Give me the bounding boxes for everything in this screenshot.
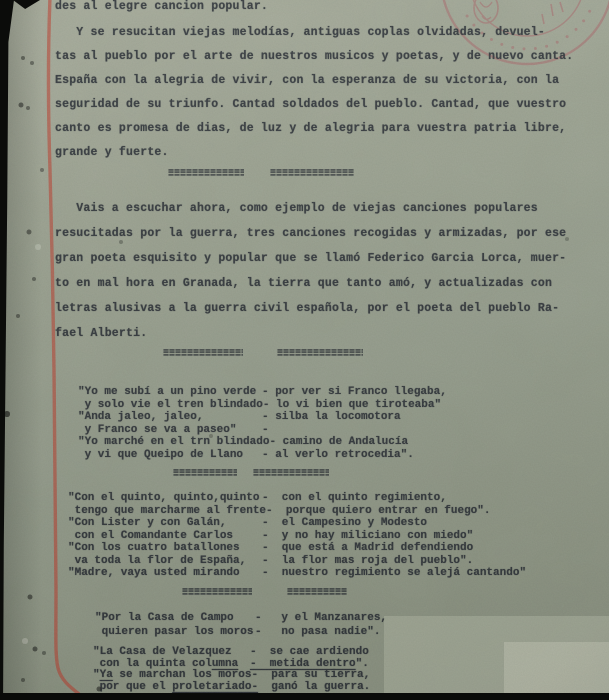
divider-segment: ======================================== — [168, 169, 244, 178]
verse-col-left: "Madre, vaya usted mirando — [68, 567, 262, 580]
verse-col-right: - silba la locomotora — [262, 411, 401, 424]
verse-row: con el Comandante Carlos- y no hay milic… — [68, 530, 526, 543]
verse-col-right: - y el Manzanares, — [255, 612, 387, 626]
verse-col-right: - que está a Madrid defendiendo — [262, 542, 473, 555]
verse-block: "Con el quinto, quinto,quinto- con el qu… — [68, 492, 526, 580]
verse-col-right: - no pasa nadie". — [255, 626, 380, 640]
paragraph: Vais a escuchar ahora, como ejemplo de v… — [55, 196, 566, 346]
divider-segment: ======================================== — [277, 349, 363, 358]
text-line: España con la alegria de vivir, con la e… — [55, 69, 573, 93]
verse-col-right: - nuestro regimiento se alejá cantando" — [262, 567, 526, 580]
text-line: fael Alberti. — [55, 321, 566, 346]
text-line: tas al pueblo por el arte de nuestros mu… — [55, 45, 573, 69]
verse-col-right: - por ver si Franco llegaba, — [262, 386, 447, 399]
paragraph: Y se resucitan viejas melodías, antiguas… — [55, 21, 573, 165]
verse-row: quieren pasar los moros- no pasa nadie". — [95, 626, 387, 640]
verse-col-right: - camino de Andalucía — [269, 436, 408, 449]
verse-row: y vi que Queipo de Llano- al verlo retro… — [78, 449, 447, 462]
verse-row: "Con el quinto, quinto,quinto- con el qu… — [68, 492, 526, 505]
verse-block: "Por la Casa de Campo- y el Manzanares, … — [95, 612, 387, 639]
verse-col-right: - lo vi bien que tiroteaba" — [263, 399, 441, 412]
text-line: grande y fuerte. — [55, 141, 573, 165]
scan-edge-left — [0, 0, 14, 700]
verse-row: "Yo marché en el trn blindado- camino de… — [78, 436, 447, 449]
text-line: canto es promesa de dias, de luz y de al… — [55, 117, 573, 141]
verse-col-right: - y no hay miliciano con miedo" — [262, 530, 473, 543]
top-text-fragment: des al elegre cancion popular. — [55, 0, 268, 14]
divider-segment: ======================================== — [287, 588, 347, 597]
verse-row: tengo que marcharme al frente- porque qu… — [68, 505, 526, 518]
stamp-text-mark — [575, 28, 578, 31]
divider-segment: ======================================== — [163, 349, 243, 358]
verse-row: "Por la Casa de Campo- y el Manzanares, — [95, 612, 387, 626]
divider-segment: ======================================== — [182, 588, 252, 597]
verse-block: "La Casa de Velazquez- se cae ardiendo c… — [93, 647, 370, 694]
verse-row: "Madre, vaya usted mirando- nuestro regi… — [68, 567, 526, 580]
verse-col-right: - porque quiero entrar en fuego". — [266, 505, 490, 518]
text-line: seguridad de su triunfo. Cantad soldados… — [55, 93, 573, 117]
divider-segment: ======================================== — [253, 469, 329, 478]
verse-block: "Yo me subí a un pino verde- por ver si … — [78, 386, 447, 461]
verse-col-right: - el Campesino y Modesto — [262, 517, 427, 530]
verse-col-right: - la flor mas roja del pueblo". — [262, 555, 473, 568]
verse-col-left: con el Comandante Carlos — [68, 530, 262, 543]
verse-col-left: "Yo marché en el trn blindado — [78, 436, 269, 449]
verse-row: "Yo me subí a un pino verde- por ver si … — [78, 386, 447, 399]
stamp-emblem-detail — [480, 2, 492, 19]
text-line: letras alusivas a la guerra civil españo… — [55, 296, 566, 321]
verse-col-left: "Por la Casa de Campo — [95, 612, 255, 626]
stamp-text-mark — [582, 19, 585, 22]
verse-col-left: y vi que Queipo de Llano — [78, 449, 262, 462]
verse-col-left: tengo que marcharme al frente — [68, 505, 266, 518]
verse-row: y Franco se va a paseo"- — [78, 424, 447, 437]
text-line: Y se resucitan viejas melodías, antiguas… — [55, 21, 573, 45]
scanned-page: des al elegre cancion popular. Y se resu… — [0, 0, 609, 700]
divider-segment: ======================================== — [173, 469, 237, 478]
divider-segment: ======================================== — [270, 169, 354, 178]
verse-col-right: - al verlo retrocedia". — [262, 449, 414, 462]
verse-col-left: "Yo me subí a un pino verde — [78, 386, 262, 399]
verse-row: "Con los cuatro batallones- que está a M… — [68, 542, 526, 555]
verse-row: va toda la flor de España,- la flor mas … — [68, 555, 526, 568]
light-patch — [504, 642, 609, 694]
verse-col-left: y solo vie el tren blindado — [78, 399, 263, 412]
verse-row: y solo vie el tren blindado- lo vi bien … — [78, 399, 447, 412]
verse-col-left: va toda la flor de España, — [68, 555, 262, 568]
scan-edge-top-notch — [13, 0, 40, 9]
verse-col-left: quieren pasar los moros — [95, 626, 255, 640]
stamp-text-mark — [588, 10, 591, 13]
verse-col-left: "Con Lister y con Galán, — [68, 517, 262, 530]
verse-row: "Anda jaleo, jaleo,- silba la locomotora — [78, 411, 447, 424]
verse-col-left: y Franco se va a paseo" — [78, 424, 262, 437]
scan-edge-bottom — [0, 693, 609, 700]
verse-col-left: "Con el quinto, quinto,quinto — [68, 492, 262, 505]
stamp-text-mark — [466, 15, 469, 18]
text-line: resucitadas por la guerra, tres cancione… — [55, 221, 566, 246]
verse-row: "Con Lister y con Galán,- el Campesino y… — [68, 517, 526, 530]
verse-col-left: "Anda jaleo, jaleo, — [78, 411, 262, 424]
verse-col-right: - — [262, 424, 269, 437]
verse-col-left: "Con los cuatro batallones — [68, 542, 262, 555]
text-line: Vais a escuchar ahora, como ejemplo de v… — [55, 196, 566, 221]
text-line: to en mal hora en Granada, la tierra que… — [55, 271, 566, 296]
verse-col-right: - con el quinto regimiento, — [262, 492, 447, 505]
stamp-emblem — [474, 0, 498, 23]
text-line: gran poeta esquisito y popular que se ll… — [55, 246, 566, 271]
